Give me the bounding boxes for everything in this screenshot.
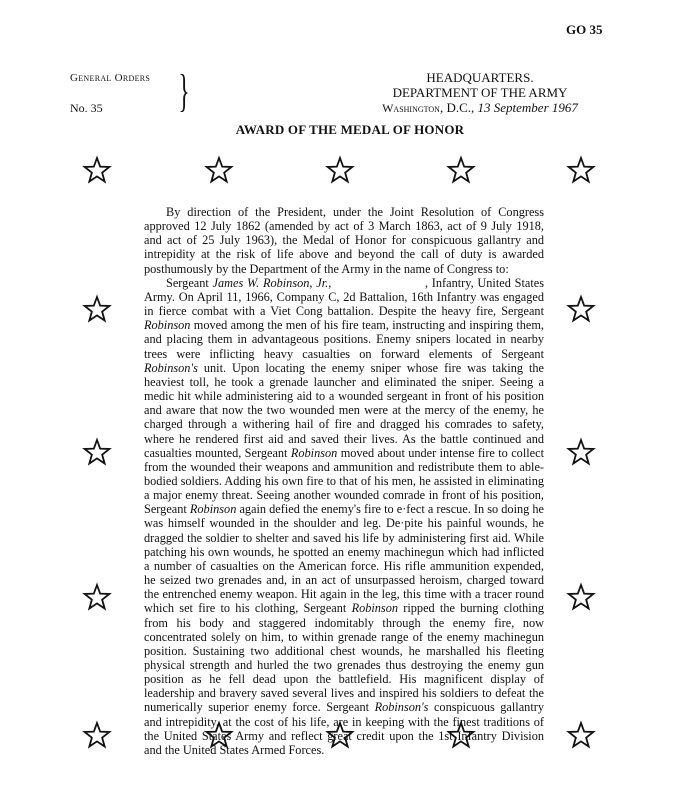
surname: Robinson <box>190 502 236 516</box>
document-code: GO 35 <box>566 22 602 38</box>
citation-paragraph-2: Sergeant James W. Robinson, Jr., , Infan… <box>144 276 544 757</box>
outline-star-icon <box>204 155 234 185</box>
surname: Robinson <box>291 446 337 460</box>
outline-star-icon <box>446 720 476 750</box>
hq-line-2: DEPARTMENT OF THE ARMY <box>360 85 600 100</box>
text-segment: ripped the burning clothing from his bod… <box>144 601 544 714</box>
rank: Sergeant <box>166 276 213 290</box>
text-segment: again defied the enemy's fire to e·fect … <box>144 502 544 615</box>
outline-star-icon <box>82 437 112 467</box>
outline-star-icon <box>566 582 596 612</box>
surname: Robinson <box>144 318 190 332</box>
outline-star-icon <box>566 294 596 324</box>
outline-star-icon <box>82 294 112 324</box>
surname-possessive: Robinson's <box>375 700 429 714</box>
brace-glyph: } <box>179 68 190 114</box>
outline-star-icon <box>82 582 112 612</box>
outline-star-icon <box>325 155 355 185</box>
outline-star-icon <box>566 720 596 750</box>
general-orders-label: General Orders <box>70 72 150 84</box>
hq-place-date: Washington, D.C., 13 September 1967 <box>360 100 600 116</box>
order-number: No. 35 <box>70 101 103 116</box>
citation-paragraph-1: By direction of the President, under the… <box>144 205 544 276</box>
hq-date: 13 September 1967 <box>478 100 578 115</box>
headquarters-block: HEADQUARTERS. DEPARTMENT OF THE ARMY Was… <box>360 70 600 116</box>
surname: Robinson <box>352 601 398 615</box>
page-title: AWARD OF THE MEDAL OF HONOR <box>0 122 700 138</box>
hq-place: Washington <box>382 101 440 115</box>
recipient-name: James W. Robinson, Jr. <box>213 276 329 290</box>
hq-line-1: HEADQUARTERS. <box>360 70 600 85</box>
hq-place-suffix: , D.C., <box>440 100 478 115</box>
outline-star-icon <box>446 155 476 185</box>
redacted-gap: , , <box>328 276 432 290</box>
outline-star-icon <box>325 720 355 750</box>
outline-star-icon <box>82 720 112 750</box>
outline-star-icon <box>204 720 234 750</box>
outline-star-icon <box>82 155 112 185</box>
outline-star-icon <box>566 437 596 467</box>
outline-star-icon <box>566 155 596 185</box>
text-segment: moved among the men of his fire team, in… <box>144 318 544 360</box>
citation-body: By direction of the President, under the… <box>144 205 544 757</box>
surname-possessive: Robinson's <box>144 361 198 375</box>
